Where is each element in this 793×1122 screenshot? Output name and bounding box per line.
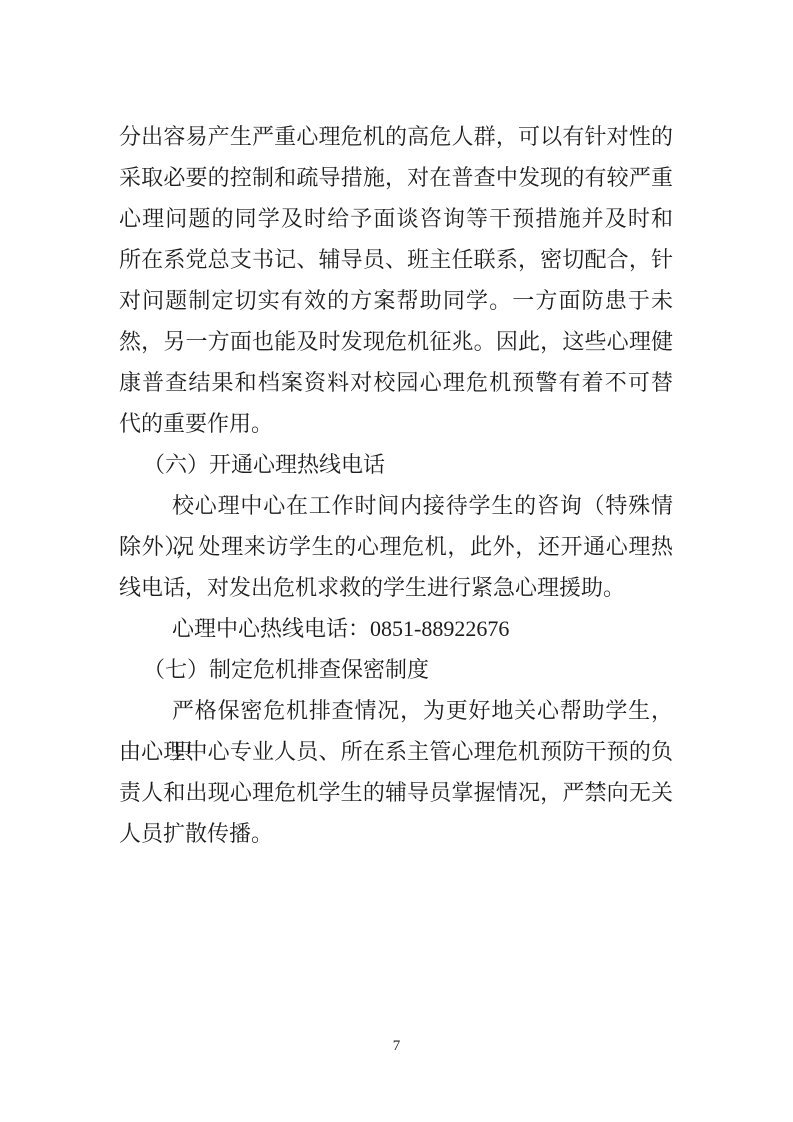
text-line: 康普查结果和档案资料对校园心理危机预警有着不可替 <box>119 362 673 403</box>
text-line: 代的重要作用。 <box>119 403 673 444</box>
text-line: （六）开通心理热线电话 <box>119 444 673 485</box>
text-line: 心理中心热线电话：0851-88922676 <box>119 608 673 649</box>
text-line: 心理问题的同学及时给予面谈咨询等干预措施并及时和 <box>119 198 673 239</box>
text-line: （七）制定危机排查保密制度 <box>119 649 673 690</box>
document-page: 分出容易产生严重心理危机的高危人群，可以有针对性的采取必要的控制和疏导措施，对在… <box>0 0 793 1122</box>
text-line: 线电话，对发出危机求救的学生进行紧急心理援助。 <box>119 567 673 608</box>
text-line: 校心理中心在工作时间内接待学生的咨询（特殊情况 <box>119 485 673 526</box>
text-line: 由心理中心专业人员、所在系主管心理危机预防干预的负 <box>119 731 673 772</box>
text-line: 采取必要的控制和疏导措施，对在普查中发现的有较严重 <box>119 157 673 198</box>
text-line: 严格保密危机排查情况，为更好地关心帮助学生，只 <box>119 690 673 731</box>
text-line: 除外），处理来访学生的心理危机，此外，还开通心理热 <box>119 526 673 567</box>
text-line: 对问题制定切实有效的方案帮助同学。一方面防患于未 <box>119 280 673 321</box>
text-line: 分出容易产生严重心理危机的高危人群，可以有针对性的 <box>119 116 673 157</box>
page-number: 7 <box>0 1036 793 1056</box>
text-line: 责人和出现心理危机学生的辅导员掌握情况，严禁向无关 <box>119 772 673 813</box>
text-line: 然，另一方面也能及时发现危机征兆。因此，这些心理健 <box>119 321 673 362</box>
document-body: 分出容易产生严重心理危机的高危人群，可以有针对性的采取必要的控制和疏导措施，对在… <box>119 116 673 854</box>
text-line: 人员扩散传播。 <box>119 813 673 854</box>
text-line: 所在系党总支书记、辅导员、班主任联系，密切配合，针 <box>119 239 673 280</box>
